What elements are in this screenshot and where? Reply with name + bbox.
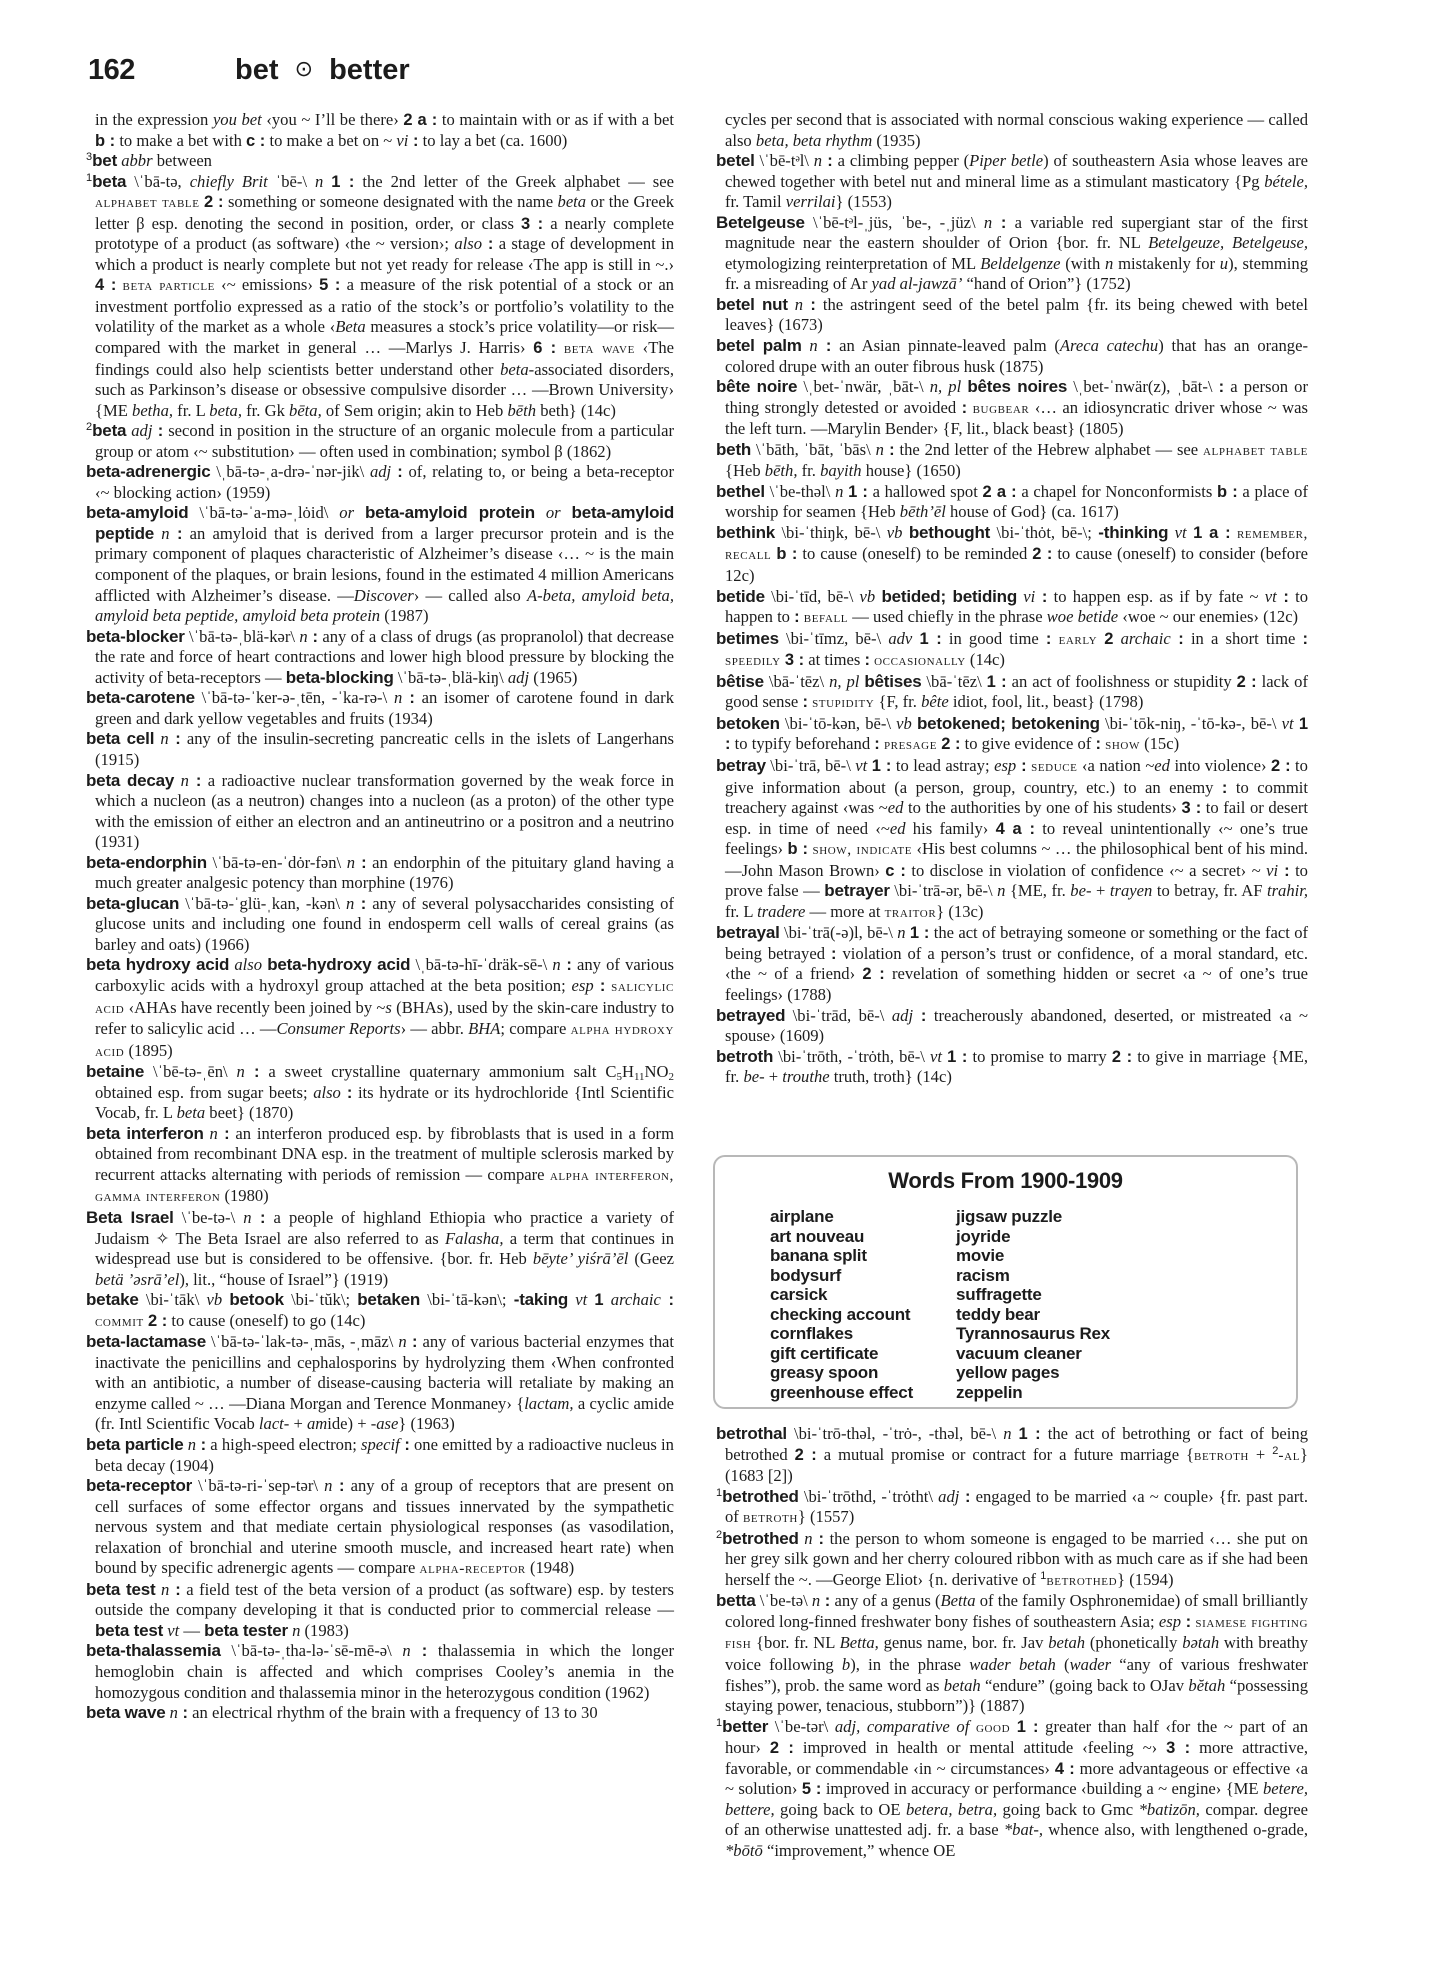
definition-text: to happen esp. as if by fate ~ — [1047, 587, 1264, 606]
decade-word: bodysurf — [770, 1266, 913, 1286]
definition-text: etymologizing reinterpretation of ML — [725, 254, 980, 273]
dictionary-entry: beta-lactamase \ˈbā-tə-ˈlak-tə-ˌmās, -ˌm… — [86, 1332, 674, 1435]
cross-reference: presage — [884, 736, 937, 753]
headword: beta — [92, 421, 126, 440]
sense-number: 2 : — [1237, 673, 1257, 691]
italic-text: or — [546, 503, 561, 522]
definition-text: \ˈbā-tə-ˌtha-lə-ˈsē-mē-ə\ — [221, 1641, 403, 1660]
sense-number: 4 a : — [996, 820, 1035, 838]
italic-text: n — [814, 151, 822, 170]
dictionary-entry: betide \bi-ˈtīd, bē-\ vb betided; betidi… — [716, 587, 1308, 629]
sense-number: : — [218, 1125, 230, 1143]
italic-text: specif — [361, 1435, 400, 1454]
definition-text: to betray, fr. AF — [1152, 881, 1267, 900]
decade-word: banana split — [770, 1246, 913, 1266]
headword: Beta Israel — [86, 1208, 174, 1227]
definition-text: going back to Gmc — [997, 1800, 1138, 1819]
definition-text: \bi-ˈtōk-niŋ, -ˈtō-kə-, bē-\ — [1100, 714, 1282, 733]
italic-text: n — [347, 853, 355, 872]
headword: beta-carotene — [86, 688, 195, 707]
definition-text: fr. Tamil — [725, 192, 786, 211]
sense-number: : — [169, 525, 182, 543]
sense-number: : — [992, 214, 1006, 232]
sense-number: 3 : — [1166, 1739, 1190, 1757]
sense-number: 5 : — [802, 1780, 822, 1798]
italic-text: abbr — [121, 151, 152, 170]
italic-text: n — [398, 1332, 406, 1351]
italic-text: Betelgeuze, Betelgeuse, — [1148, 233, 1308, 252]
sense-number: 3 : — [785, 651, 804, 669]
italic-text: Discover — [354, 586, 414, 605]
cross-reference: betroth — [1194, 1447, 1249, 1464]
italic-text: *batizōn, — [1139, 1800, 1200, 1819]
dictionary-entry: bêtise \bā-ˈtēz\ n, pl bêtises \bā-ˈtēz\… — [716, 672, 1308, 714]
italic-text: betha, — [132, 401, 173, 420]
definition-text: in a short time — [1184, 629, 1303, 648]
definition-text: (phonetically — [1085, 1633, 1182, 1652]
headword: bêtes noires — [967, 377, 1067, 396]
definition-text — [604, 1290, 611, 1309]
sense-number: 2 : — [770, 1739, 794, 1757]
definition-text: a mutual promise or contract for a futur… — [817, 1445, 1194, 1464]
italic-text: bête — [921, 692, 949, 711]
definition-text: second in position in the structure of a… — [95, 421, 674, 461]
italic-text: betä ’əsrā’el — [95, 1270, 179, 1289]
definition-text: \bi-ˈtrō-thəl, -ˈtrȯ-, -thəl, bē-\ — [787, 1424, 1003, 1443]
definition-text — [1113, 629, 1120, 648]
italic-text: wader — [1070, 1655, 1111, 1674]
definition-text: the 2nd letter of the Greek alphabet — s… — [354, 172, 674, 191]
definition-text: \bi-ˈtrā-ər, bē-\ — [890, 881, 997, 900]
decade-word: joyride — [956, 1227, 1110, 1247]
dictionary-entry: beta-amyloid \ˈbā-tə-ˈa-mə-ˌlȯid\ or bet… — [86, 503, 674, 626]
definition-text: house of God} (ca. 1617) — [946, 502, 1119, 521]
definition-text: to lead astray; — [891, 756, 994, 775]
decade-word: greenhouse effect — [770, 1383, 913, 1403]
italic-text: vi — [1266, 861, 1278, 880]
sense-number: : — [1303, 630, 1309, 648]
page-number: 162 — [88, 54, 135, 87]
definition-text: \bi-ˈtīmz, bē-\ — [779, 629, 888, 648]
definition-text: the 2nd letter of the Hebrew alphabet — … — [895, 440, 1203, 459]
definition-text: \ˈbā-tə-ˈa-mə-ˌlȯid\ — [188, 503, 339, 522]
dictionary-entry: beth \ˈbāth, ˈbāt, ˈbās\ n : the 2nd let… — [716, 440, 1308, 482]
headword: beta hydroxy acid — [86, 955, 229, 974]
headword: beta-blocking — [286, 668, 394, 687]
dictionary-entry: beta-thalassemia \ˈbā-tə-ˌtha-lə-ˈsē-mē-… — [86, 1641, 674, 1703]
dictionary-entry: betray \bi-ˈtrā, bē-\ vt 1 : to lead ast… — [716, 756, 1308, 923]
definition-text: (1948) — [526, 1558, 574, 1577]
definition-text: ; compare — [500, 1019, 570, 1038]
dictionary-entry: betrayal \bi-ˈtrā(-ə)l, bē-\ n 1 : the a… — [716, 923, 1308, 1005]
definition-text: “improvement,” whence OE — [763, 1841, 956, 1860]
sense-number: 2 : — [1032, 545, 1052, 563]
guide-word-last: better — [329, 54, 410, 86]
sense-number: : — [391, 463, 403, 481]
headword: betaken — [357, 1290, 420, 1309]
definition-text: } (1594) — [1117, 1570, 1173, 1589]
definition-text: ‹you ~ I’ll be there› — [262, 110, 404, 129]
definition-text: to promise to marry — [967, 1047, 1111, 1066]
definition-text: {ME, fr. — [1005, 881, 1070, 900]
dictionary-entry: beta decay n : a radioactive nuclear tra… — [86, 771, 674, 853]
cross-reference: speedily — [725, 652, 781, 669]
definition-text — [1011, 1424, 1018, 1443]
headword: beta-lactamase — [86, 1332, 206, 1351]
italic-text: adj — [370, 462, 391, 481]
decade-word: vacuum cleaner — [956, 1344, 1110, 1364]
definition-text: ‹woe ~ our enemies› (12c) — [1118, 607, 1298, 626]
italic-text: beta — [177, 1103, 206, 1122]
definition-text: fr. Gk — [242, 401, 289, 420]
italic-text: vt — [930, 1047, 942, 1066]
headword: bethink — [716, 523, 775, 542]
cross-reference: early — [1059, 631, 1098, 648]
italic-text: *bat-, — [1004, 1820, 1043, 1839]
headword: betel — [716, 151, 755, 170]
guide-word-first: bet — [235, 54, 279, 86]
dictionary-entry: Beta Israel \ˈbe-tə-\ n : a people of hi… — [86, 1208, 674, 1290]
definition-text: (1965) — [529, 668, 577, 687]
italic-text: bēta, — [289, 401, 322, 420]
decade-word: carsick — [770, 1285, 913, 1305]
italic-text: n — [402, 1641, 410, 1660]
definition-text: any of the insulin-secreting pancreatic … — [95, 729, 674, 769]
definition-text: {bor. fr. NL — [751, 1633, 839, 1652]
definition-text: H — [622, 1062, 634, 1081]
sense-number: : — [308, 628, 318, 646]
cross-reference: beta particle — [123, 277, 215, 294]
definition-text: (Geez — [628, 1249, 674, 1268]
definition-text: \ˈbe-thəl\ — [765, 482, 835, 501]
sense-number: 4 : — [95, 276, 116, 294]
definition-text: between — [153, 151, 212, 170]
italic-text: esp — [1159, 1612, 1181, 1631]
sense-number: : — [959, 1488, 970, 1506]
decade-word: zeppelin — [956, 1383, 1110, 1403]
definition-text: (with — [1060, 254, 1105, 273]
sense-number: 2 : — [148, 1312, 167, 1330]
headword: better — [722, 1717, 768, 1736]
cross-reference: occasionally — [874, 652, 966, 669]
dictionary-entry: Betelgeuse \ˈbē-tᵊl-ˌjüs, ˈbe-, -ˌjüz\ n… — [716, 213, 1308, 295]
italic-text: n — [210, 1124, 218, 1143]
definition-text: \ˈbe-tə\ — [756, 1591, 812, 1610]
sense-number: : — [661, 1291, 674, 1309]
italic-text: Consumer Reports — [276, 1019, 400, 1038]
headword: beta-receptor — [86, 1476, 192, 1495]
italic-text: Betta — [941, 1591, 976, 1610]
headword: betel nut — [716, 295, 788, 314]
italic-text: vt — [1175, 523, 1187, 542]
italic-text: am — [307, 1414, 327, 1433]
italic-text: you bet — [213, 110, 262, 129]
cross-reference: alpha-receptor — [420, 1560, 526, 1577]
sense-number: : — [1035, 588, 1047, 606]
dictionary-entry: beta wave n : an electrical rhythm of th… — [86, 1703, 674, 1724]
italic-text: Piper betle — [969, 151, 1043, 170]
definition-text: in the expression — [95, 110, 213, 129]
headword: betrothed — [722, 1487, 799, 1506]
definition-text: \ˈbē-tə-ˌēn\ — [144, 1062, 236, 1081]
bullseye-icon: ⊙ — [287, 56, 321, 81]
definition-text: \ˈbā-tə-ˌblä-kiŋ\ — [394, 668, 508, 687]
definition-text: genus name, bor. fr. Jav — [879, 1633, 1048, 1652]
italic-text: bətah — [1182, 1633, 1219, 1652]
italic-text: esp — [572, 976, 594, 995]
decade-word: Tyrannosaurus Rex — [956, 1324, 1110, 1344]
definition-text: \ˌbā-tə-ˌa-drə-ˈnər-jik\ — [211, 462, 370, 481]
dictionary-entry: beta-adrenergic \ˌbā-tə-ˌa-drə-ˈnər-jik\… — [86, 462, 674, 503]
headword: betided; betiding — [881, 587, 1017, 606]
dictionary-entry: 1betrothed \bi-ˈtrōthd, -ˈtrȯtht\ adj : … — [716, 1487, 1308, 1529]
sense-number: : — [178, 1704, 188, 1722]
sense-number: : — [196, 1436, 206, 1454]
definition-text: \ˌbet-ˈnwär(z), ˌbāt-\ — [1067, 377, 1219, 396]
definition-text: (14c) — [966, 650, 1005, 669]
italic-text: adv — [888, 629, 912, 648]
cross-reference: show, indicate — [812, 841, 912, 858]
definition-text: › — abbr. — [401, 1019, 469, 1038]
headword: betrayer — [824, 881, 890, 900]
definition-text: NO — [645, 1062, 669, 1081]
definition-text: to make a bet on ~ — [265, 131, 396, 150]
italic-text: Areca catechu — [1060, 336, 1158, 355]
italic-text: n — [188, 1435, 196, 1454]
headword: beta particle — [86, 1435, 184, 1454]
definition-text: \ˈbā-tə-ri-ˈsep-tər\ — [192, 1476, 324, 1495]
sense-number: : — [561, 956, 572, 974]
headword: beta test — [95, 1621, 163, 1640]
definition-text: to give evidence of — [960, 734, 1095, 753]
dictionary-entry: betoken \bi-ˈtō-kən, bē-\ vb betokened; … — [716, 714, 1308, 756]
sense-number: : — [189, 772, 201, 790]
headword: betimes — [716, 629, 779, 648]
decade-word: airplane — [770, 1207, 913, 1227]
sense-number: b : — [776, 545, 797, 563]
definition-text: fr. — [797, 461, 820, 480]
sense-number: 1 : — [331, 173, 354, 191]
italic-text: adj — [508, 668, 529, 687]
sense-number: : — [400, 1436, 410, 1454]
dictionary-entry: beta hydroxy acid also beta-hydroxy acid… — [86, 955, 674, 1062]
definition-text: to maintain with or as if with a bet — [437, 110, 674, 129]
definition-text: \ˈbā-tə-ˌblä-kər\ — [185, 627, 300, 646]
decade-word: art nouveau — [770, 1227, 913, 1247]
sense-number: : — [1181, 1613, 1191, 1631]
definition-text: beth} (14c) — [536, 401, 616, 420]
italic-text: archaic — [611, 1290, 661, 1309]
sense-number: 2 : — [941, 735, 960, 753]
italic-text: bēth, — [765, 461, 798, 480]
definition-text: — more at — [805, 902, 884, 921]
definition-text: \ˌbet-ˈnwär, ˌbāt-\ — [797, 377, 929, 396]
headword: beth — [716, 440, 751, 459]
dictionary-entry: bête noire \ˌbet-ˈnwär, ˌbāt-\ n, pl bêt… — [716, 377, 1308, 440]
sense-number: : — [884, 441, 895, 459]
definition-text — [354, 503, 365, 522]
italic-text: chiefly Brit — [190, 172, 268, 191]
sense-number: 1 a : — [1193, 524, 1231, 542]
italic-text: beta — [558, 192, 587, 211]
word-box-title: Words From 1900-1909 — [715, 1168, 1296, 1194]
italic-text: n — [984, 213, 992, 232]
italic-text: n — [809, 336, 817, 355]
sense-number: 1 : — [947, 1048, 967, 1066]
headword: beta tester — [204, 1621, 288, 1640]
definition-text: \bi-ˈtāk\ — [139, 1290, 207, 1309]
definition-text: at times — [804, 650, 864, 669]
italic-text: Beldelgenze — [980, 254, 1060, 273]
italic-text: or — [339, 503, 354, 522]
italic-text: n — [170, 1703, 178, 1722]
italic-text: n — [812, 1591, 820, 1610]
sense-number: 2 : — [1112, 1048, 1132, 1066]
subscript: 11 — [634, 1071, 645, 1083]
sense-number: 2 a : — [983, 483, 1017, 501]
cross-reference: -al — [1278, 1447, 1300, 1464]
sense-number: 1 : — [919, 630, 941, 648]
definition-text: (1987) — [380, 606, 428, 625]
definition-text: \ˈbā-tə, — [126, 172, 189, 191]
definition-text: \bi-ˈtrōth, -ˈtrȯth, bē-\ — [773, 1047, 930, 1066]
dictionary-entry: betake \bi-ˈtāk\ vb betook \bi-ˈtŭk\; be… — [86, 1290, 674, 1332]
decade-word: movie — [956, 1246, 1110, 1266]
italic-text: verrilai — [786, 192, 836, 211]
italic-text: also — [454, 234, 482, 253]
definition-text: ˈbē-\ — [268, 172, 315, 191]
dictionary-entry: 3bet abbr between — [86, 151, 674, 172]
definition-text: (15c) — [1140, 734, 1179, 753]
definition-text: \bi-ˈtīd, bē-\ — [765, 587, 860, 606]
italic-text: bétele, — [1264, 172, 1308, 191]
cross-reference: traitor — [885, 904, 937, 921]
definition-text: \ˌbā-tə-hī-ˈdräk-sē-\ — [410, 955, 552, 974]
italic-text: adj — [938, 1487, 959, 1506]
italic-text: *bōtō — [725, 1841, 763, 1860]
sense-number: 1 : — [1019, 1425, 1041, 1443]
headword: beta interferon — [86, 1124, 204, 1143]
definition-text: (1983) — [300, 1621, 348, 1640]
sense-number: 2 : — [862, 965, 884, 983]
headword: -thinking — [1098, 523, 1168, 542]
headword: betrothal — [716, 1424, 787, 1443]
italic-text: vb — [896, 714, 912, 733]
definition-text: } (1963) — [398, 1414, 454, 1433]
headword: beta-amyloid protein — [365, 503, 535, 522]
italic-text: betah — [944, 1676, 981, 1695]
sense-number: : — [169, 730, 181, 748]
sense-number: : — [355, 854, 367, 872]
decade-word: yellow pages — [956, 1363, 1110, 1383]
cross-reference: seduce — [1031, 758, 1077, 775]
cross-reference: betroth — [743, 1509, 798, 1526]
sense-number: b : — [95, 132, 115, 150]
definition-text: a field test of the beta version of a pr… — [95, 1580, 674, 1620]
definition-text: beet} (1870) — [205, 1103, 293, 1122]
definition-text: (1935) — [872, 131, 920, 150]
italic-text: beta, beta rhythm — [756, 131, 872, 150]
headword: betrothed — [722, 1529, 799, 1548]
decade-word: teddy bear — [956, 1305, 1110, 1325]
definition-text: going back to OE — [775, 1800, 906, 1819]
definition-text: a hallowed spot — [868, 482, 983, 501]
headword: beta wave — [86, 1703, 165, 1722]
italic-text: vb — [207, 1290, 223, 1309]
definition-text: to disclose in violation of confidence ‹… — [906, 861, 1266, 880]
dictionary-entry: 1beta \ˈbā-tə, chiefly Brit ˈbē-\ n 1 : … — [86, 172, 674, 422]
definition-text — [788, 295, 795, 314]
dictionary-entry: betaine \ˈbē-tə-ˌēn\ n : a sweet crystal… — [86, 1062, 674, 1124]
definition-text — [556, 338, 564, 357]
definition-text: ), in the phrase — [850, 1655, 969, 1674]
cross-reference: beta wave — [564, 340, 635, 357]
sense-number: : — [794, 608, 800, 626]
definition-text: \bi-ˈtrād, bē-\ — [785, 1006, 892, 1025]
sense-number: : — [408, 132, 418, 150]
sense-number: : — [594, 977, 606, 995]
sense-number: 1 : — [987, 673, 1007, 691]
definition-text: a high-speed electron; — [206, 1435, 361, 1454]
definition-text: to typify beforehand — [731, 734, 875, 753]
sense-number: 2 a : — [403, 111, 437, 129]
definition-text: to cause (oneself) to go (14c) — [167, 1311, 365, 1330]
headword: beta — [92, 172, 126, 191]
dictionary-entry: 1better \ˈbe-tər\ adj, comparative of go… — [716, 1717, 1308, 1862]
guide-words: bet ⊙ better — [235, 54, 410, 87]
definition-text — [1051, 629, 1058, 648]
italic-text: woe betide — [1047, 607, 1118, 626]
italic-text: yad al-jawzā’ — [872, 274, 963, 293]
italic-text: -ase — [371, 1414, 399, 1433]
italic-text: trayen — [1110, 881, 1152, 900]
headword: bethought — [909, 523, 990, 542]
sense-number: : — [1278, 862, 1289, 880]
definition-text: something or someone designated with the… — [224, 192, 558, 211]
definition-text: \ˈbe-tər\ — [768, 1717, 835, 1736]
word-box-column-1: airplaneart nouveaubanana splitbodysurfc… — [770, 1207, 913, 1402]
definition-text: \ˈbē-tᵊl-ˌjüs, ˈbe-, -ˌjüz\ — [805, 213, 984, 232]
sense-number: : — [813, 1530, 824, 1548]
definition-text: + — [289, 1414, 307, 1433]
definition-text: + — [1092, 881, 1110, 900]
sense-number: b : — [788, 840, 808, 858]
definition-text: + — [765, 1067, 783, 1086]
italic-text: adj — [131, 421, 152, 440]
sense-number: c : — [246, 132, 265, 150]
definition-text: to make a bet with — [115, 131, 246, 150]
decade-word: checking account — [770, 1305, 913, 1325]
decade-word: jigsaw puzzle — [956, 1207, 1110, 1227]
headword: bêtises — [864, 672, 921, 691]
definition-text: \ˈbāth, ˈbāt, ˈbās\ — [751, 440, 875, 459]
dictionary-entry: betimes \bi-ˈtīmz, bē-\ adv 1 : in good … — [716, 629, 1308, 672]
sense-number: : — [482, 235, 493, 253]
definition-text: (1980) — [220, 1186, 268, 1205]
italic-text: n — [876, 440, 884, 459]
italic-text: b — [842, 1655, 850, 1674]
headword: betray — [716, 756, 766, 775]
definition-text: obtained esp. from sugar beets; — [95, 1083, 313, 1102]
definition-text: \bi-ˈtō-kən, bē-\ — [780, 714, 896, 733]
headword: betaine — [86, 1062, 144, 1081]
sense-number: 1 : — [848, 483, 868, 501]
definition-text: \bā-ˈtēz\ — [764, 672, 829, 691]
definition-text: \bi-ˈthȯt, bē-\; — [990, 523, 1098, 542]
sense-number: 1 : — [1017, 1718, 1039, 1736]
definition-text — [535, 503, 546, 522]
cross-reference: befall — [804, 609, 848, 626]
